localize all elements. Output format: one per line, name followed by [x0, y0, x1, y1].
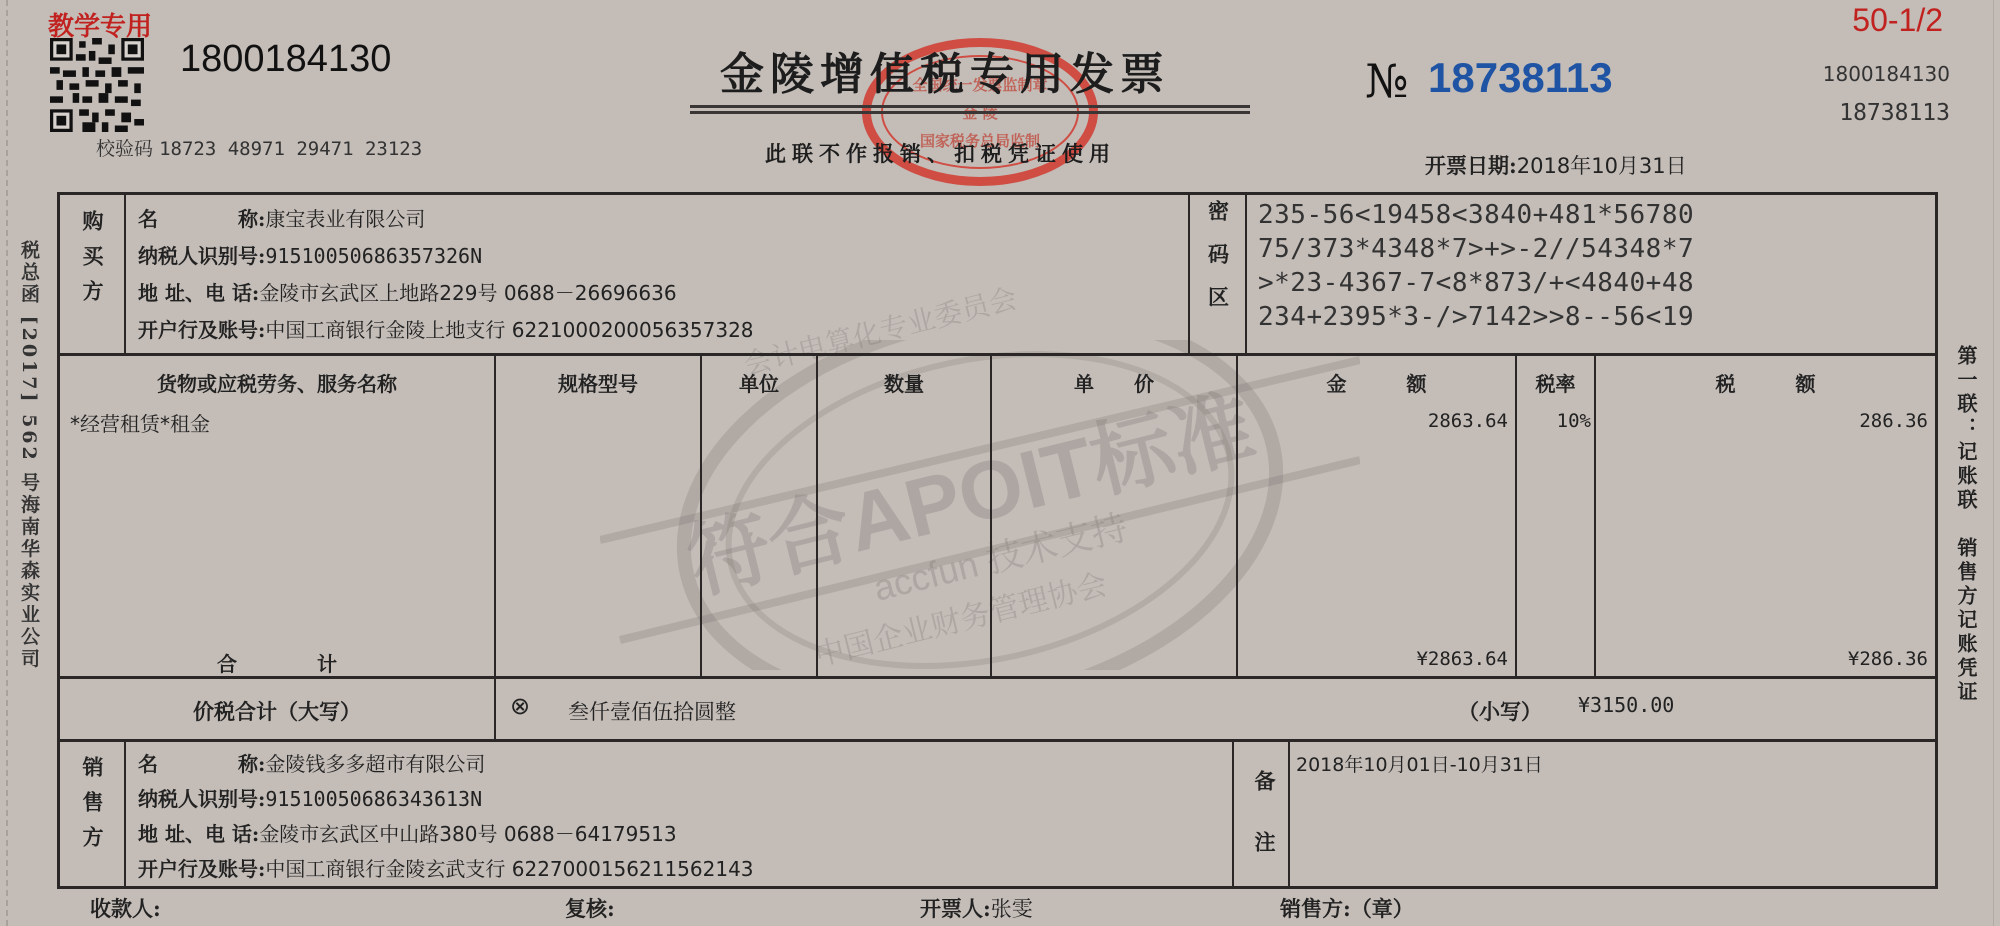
seller-name-label: 名 称: [138, 752, 265, 776]
circle-x-icon: ⊗ [510, 692, 530, 720]
copy-code: 50-1/2 [1852, 2, 1943, 39]
remarks-label: 备注 [1234, 770, 1288, 892]
seller-bank: 中国工商银行金陵玄武支行 6227000156211562143 [265, 857, 753, 881]
grand-total-small-label: （小写） [1458, 696, 1542, 726]
grand-total-label: 价税合计（大写） [60, 696, 494, 726]
watermark-main: 符合APOIT标准 [674, 362, 1264, 615]
remarks-text: 2018年10月01日-10月31日 [1296, 750, 1543, 777]
col-header-rate: 税率 [1517, 368, 1594, 397]
cipher-line: >*23-4367-7<8*873/+<4840+48 [1258, 266, 1694, 300]
total-label: 合 计 [60, 648, 494, 677]
buyer-name-label: 名 称: [138, 207, 265, 231]
buyer-address-label: 地 址、电 话: [138, 281, 259, 305]
reviewer-label: 复核: [565, 893, 615, 923]
watermark-ring-bottom: 中国企业财务管理协会 [809, 559, 1111, 674]
check-code-label: 校验码 [96, 138, 153, 160]
cipher-line: 75/373*4348*7>+>-2//54348*7 [1258, 232, 1694, 266]
check-code-value: 18723 48971 29471 23123 [159, 138, 422, 160]
col-header-tax: 税 额 [1596, 368, 1935, 397]
qr-code-icon [36, 38, 158, 132]
col-header-name: 货物或应税劳务、服务名称 [60, 368, 494, 397]
seller-seal-label: 销售方:（章） [1280, 893, 1414, 923]
left-tear-edge [6, 0, 8, 926]
item-tax: 286.36 [1596, 410, 1928, 432]
col-header-amount: 金 额 [1238, 368, 1515, 397]
drawer: 开票人:张雯 [920, 893, 1033, 923]
col-header-spec: 规格型号 [496, 368, 700, 397]
cipher-area: 235-56<19458<3840+481*56780 75/373*4348*… [1258, 198, 1694, 334]
col-header-unit: 单位 [702, 368, 816, 397]
left-margin-note: 税总函 [2017] 562 号海南华森实业公司 [16, 240, 43, 670]
cipher-line: 235-56<19458<3840+481*56780 [1258, 198, 1694, 232]
number-sign-icon: № [1365, 54, 1409, 108]
seller-tax-id: 91510050686343613N [265, 787, 482, 811]
invoice-subtitle: 此联不作报销、扣税凭证使用 [765, 138, 1116, 168]
seller-section-label: 销售方 [60, 756, 124, 861]
invoice-title: 金陵增值税专用发票 [720, 38, 1170, 102]
cipher-line: 234+2395*3-/>7142>>8--56<19 [1258, 300, 1694, 334]
drawer-name: 张雯 [991, 897, 1033, 921]
seller-tax-id-label: 纳税人识别号: [138, 787, 265, 811]
issue-date-value: 2018年10月31日 [1517, 154, 1687, 178]
grand-total-amount: ¥3150.00 [1578, 693, 1674, 717]
grand-total-words: 叁仟壹佰伍拾圆整 [568, 696, 736, 726]
invoice-number: 18738113 [1428, 54, 1613, 102]
buyer-section-label: 购买方 [60, 210, 124, 315]
item-rate: 10% [1517, 410, 1591, 432]
issue-date: 开票日期:2018年10月31日 [1425, 150, 1687, 180]
invoice-code: 1800184130 [180, 38, 391, 81]
right-edge [1993, 0, 1994, 926]
payee-label: 收款人: [90, 893, 161, 923]
issue-date-label: 开票日期: [1425, 153, 1517, 178]
total-tax: ¥286.36 [1596, 648, 1928, 670]
item-name: *经营租赁*租金 [70, 408, 210, 437]
total-amount: ¥2863.64 [1238, 648, 1508, 670]
invoice-code-small: 1800184130 [1823, 62, 1950, 86]
item-amount: 2863.64 [1238, 410, 1508, 432]
cipher-label: 密码区 [1190, 200, 1245, 329]
title-underline [690, 105, 1250, 119]
invoice-number-small: 18738113 [1839, 100, 1950, 126]
buyer-bank-label: 开户行及账号: [138, 318, 265, 342]
seller-address-label: 地 址、电 话: [138, 822, 259, 846]
drawer-label: 开票人: [920, 896, 991, 921]
col-header-qty: 数量 [818, 368, 990, 397]
buyer-bank: 中国工商银行金陵上地支行 6221000200056357328 [265, 318, 753, 342]
seller-address: 金陵市玄武区中山路380号 0688－64179513 [259, 822, 676, 846]
check-code: 校验码 18723 48971 29471 23123 [96, 134, 422, 161]
buyer-tax-id: 91510050686357326N [265, 244, 482, 268]
buyer-name: 康宝表业有限公司 [265, 207, 425, 231]
buyer-tax-id-label: 纳税人识别号: [138, 244, 265, 268]
seller-bank-label: 开户行及账号: [138, 857, 265, 881]
buyer-address: 金陵市玄武区上地路229号 0688－26696636 [259, 281, 676, 305]
col-header-price: 单 价 [992, 368, 1236, 397]
seller-name: 金陵钱多多超市有限公司 [265, 752, 485, 776]
copy-designation: 第一联：记账联 销售方记账凭证 [1952, 345, 1981, 705]
watermark-sub: accfun 技术支持 [868, 499, 1133, 611]
